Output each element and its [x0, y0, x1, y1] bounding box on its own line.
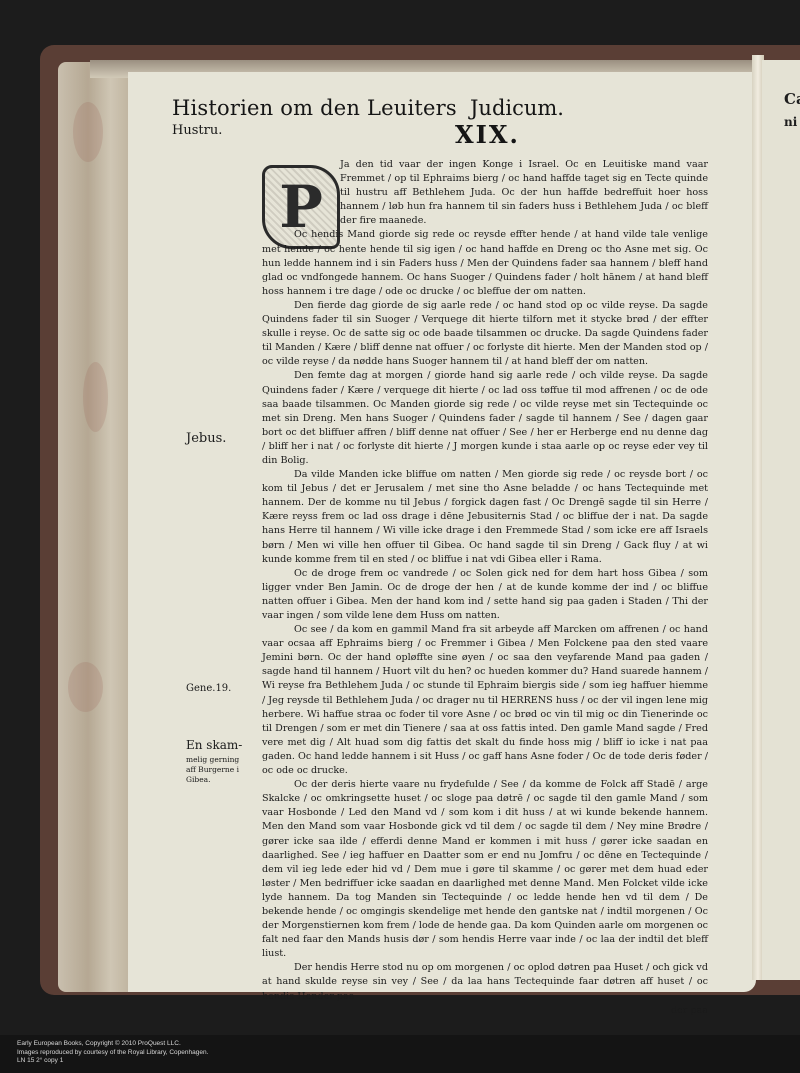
running-head-sub: Hustru. — [172, 123, 222, 138]
margin-note-skam: melig gerning — [186, 755, 239, 764]
running-head-right: Judicum. — [470, 96, 564, 120]
stain — [83, 362, 108, 432]
margin-note-jebus: Jebus. — [186, 431, 226, 446]
paragraph: Der hendis Herre stod nu op om morgenen … — [262, 961, 708, 1003]
page-stack-edge — [58, 62, 133, 992]
paragraph: Den fierde dag giorde de sig aarle rede … — [262, 299, 708, 369]
paragraph: Ja den tid vaar der ingen Konge i Israel… — [262, 158, 708, 228]
paragraph: Oc see / da kom en gammil Mand fra sit a… — [262, 623, 708, 778]
paragraph: Den femte dag at morgen / giorde hand si… — [262, 369, 708, 468]
margin-note-skam: Gibea. — [186, 775, 211, 784]
body-text: Ja den tid vaar der ingen Konge i Israel… — [262, 158, 708, 1018]
right-page-fragment: ni — [784, 115, 797, 129]
stain — [73, 102, 103, 162]
right-page-fragment: Ca — [784, 90, 800, 108]
footer-line: LN 15 2° copy 1 — [17, 1057, 208, 1066]
paragraph: Oc der deris hierte vaare nu frydefulde … — [262, 778, 708, 961]
copyright-footer: Early European Books, Copyright © 2010 P… — [17, 1040, 208, 1066]
stain — [68, 662, 103, 712]
footer-line: Images reproduced by courtesy of the Roy… — [17, 1049, 208, 1058]
running-head-left: Historien om den Leuiters — [172, 96, 457, 120]
paragraph: Da vilde Manden icke bliffue om natten /… — [262, 468, 708, 567]
chapter-number: XIX. — [455, 120, 520, 149]
catchword: der paa — [262, 1004, 708, 1018]
footer-line: Early European Books, Copyright © 2010 P… — [17, 1040, 208, 1049]
margin-note-skam: aff Burgerne i — [186, 765, 239, 774]
margin-note-skam: En skam- — [186, 738, 242, 752]
paragraph: Oc hendis Mand giorde sig rede oc reysde… — [262, 228, 708, 298]
paragraph: Oc de droge frem oc vandrede / oc Solen … — [262, 567, 708, 623]
right-page: Ca ni — [762, 60, 800, 980]
margin-note-genesis: Gene.19. — [186, 683, 231, 694]
